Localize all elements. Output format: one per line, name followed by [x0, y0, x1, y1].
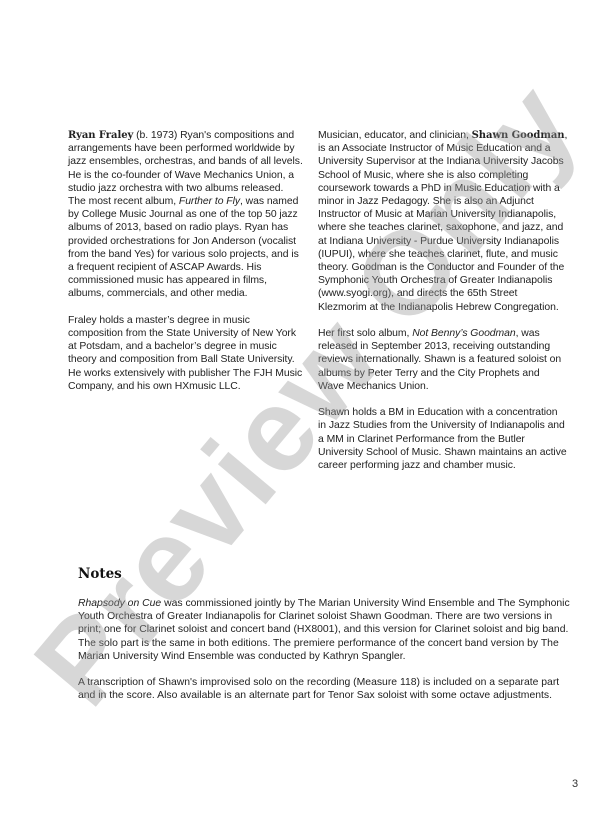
- page-number: 3: [572, 778, 578, 790]
- bio-ryan-fraley: Ryan Fraley (b. 1973) Ryan's composition…: [68, 129, 303, 406]
- piece-title: Rhapsody on Cue: [78, 598, 161, 609]
- bio-paragraph: Shawn holds a BM in Education with a con…: [318, 406, 568, 472]
- bio-paragraph: Fraley holds a master’s degree in music …: [68, 314, 303, 393]
- notes-paragraph: A transcription of Shawn's improvised so…: [78, 676, 578, 702]
- bio-paragraph: Musician, educator, and clinician, Shawn…: [318, 129, 568, 314]
- bio-shawn-goodman: Musician, educator, and clinician, Shawn…: [318, 129, 568, 485]
- bio-paragraph: Ryan Fraley (b. 1973) Ryan's composition…: [68, 129, 303, 301]
- notes-section: Notes Rhapsody on Cue was commissioned j…: [78, 566, 578, 715]
- bio-paragraph: Her first solo album, Not Benny’s Goodma…: [318, 327, 568, 393]
- album-title: Further to Fly: [179, 196, 240, 207]
- notes-heading: Notes: [78, 566, 578, 582]
- composer-name: Ryan Fraley: [68, 130, 133, 141]
- album-title: Not Benny’s Goodman: [412, 328, 515, 339]
- soloist-name: Shawn Goodman: [472, 130, 565, 141]
- notes-paragraph: Rhapsody on Cue was commissioned jointly…: [78, 597, 578, 663]
